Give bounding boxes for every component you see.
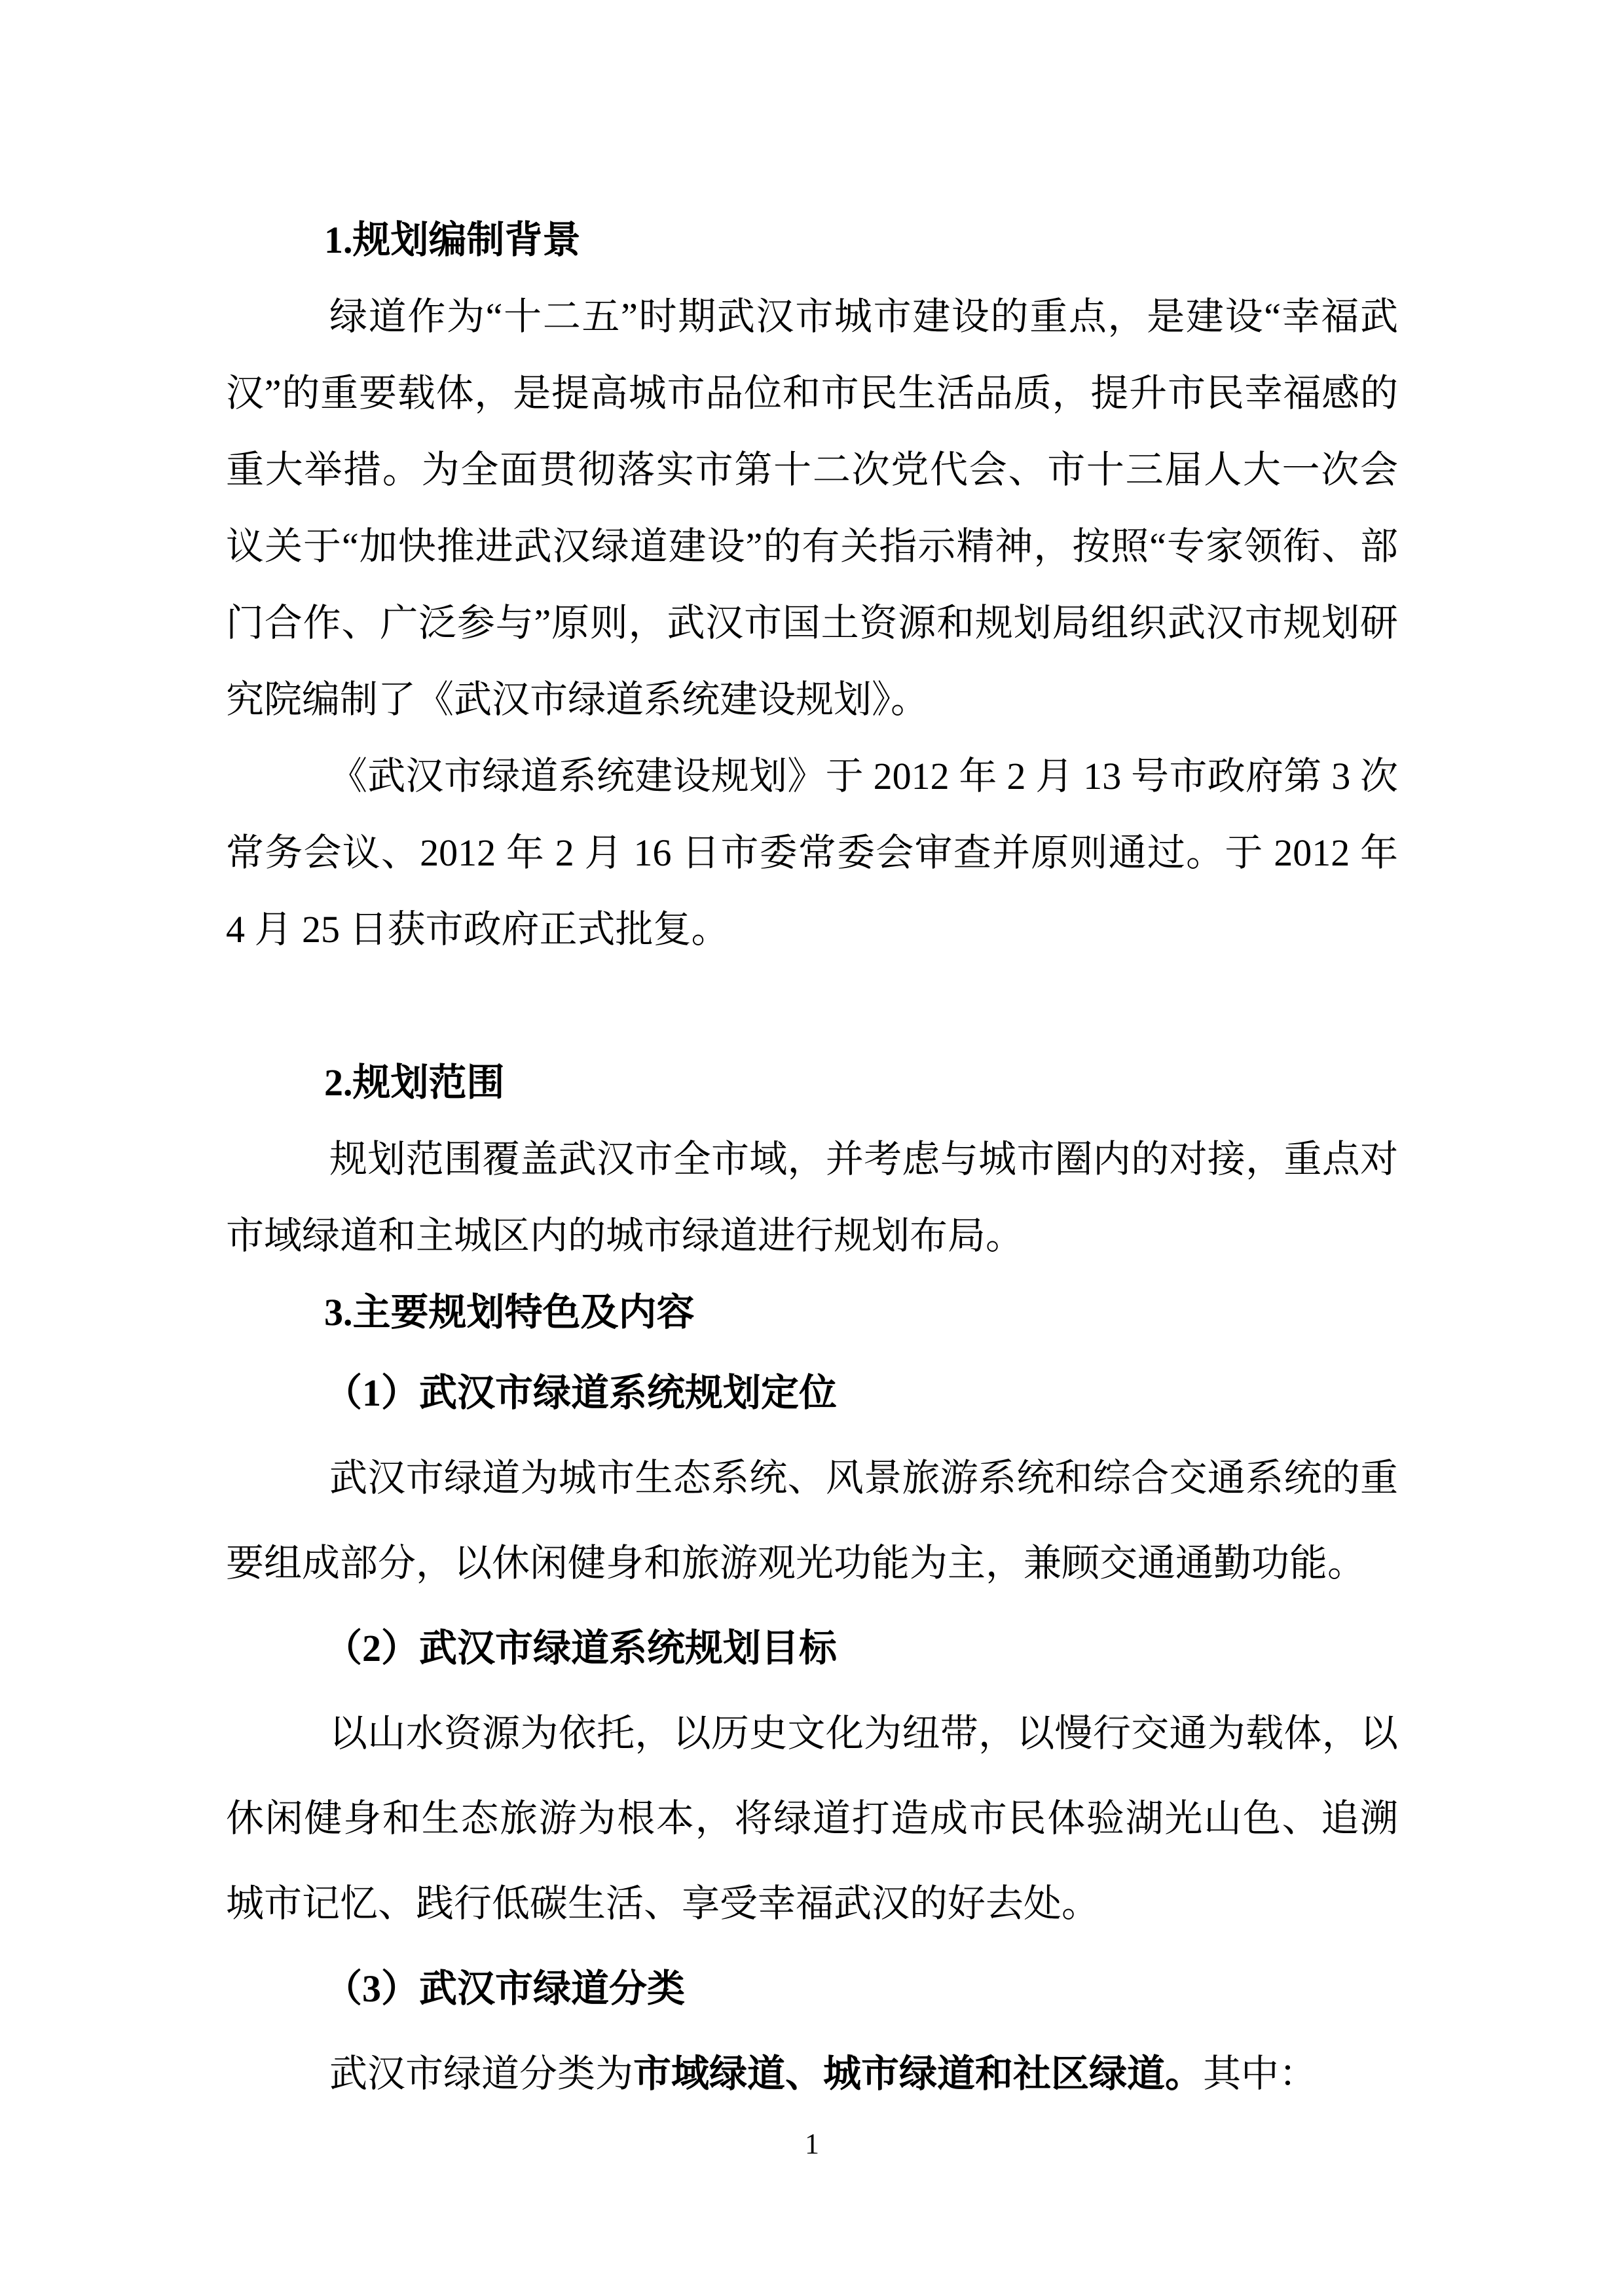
classification-text-trailing: 其中： xyxy=(1203,2052,1317,2095)
section-3-paragraph-1: 武汉市绿道为城市生态系统、风景旅游系统和综合交通系统的重要组成部分，以休闲健身和… xyxy=(226,1436,1398,1606)
section-3-subheading-3: （3）武汉市绿道分类 xyxy=(226,1946,1398,2032)
section-3-paragraph-3: 武汉市绿道分类为市域绿道、城市绿道和社区绿道。其中： xyxy=(226,2032,1398,2117)
section-3-paragraph-2: 以山水资源为依托，以历史文化为纽带，以慢行交通为载体，以休闲健身和生态旅游为根本… xyxy=(226,1691,1398,1946)
section-3-subheading-1: （1）武汉市绿道系统规划定位 xyxy=(226,1351,1398,1436)
classification-text-bold: 市域绿道、城市绿道和社区绿道。 xyxy=(633,2052,1203,2095)
section-1-paragraph-1: 绿道作为“十二五”时期武汉市城市建设的重点，是建设“幸福武汉”的重要载体，是提高… xyxy=(226,278,1398,738)
section-1-paragraph-2: 《武汉市绿道系统建设规划》于 2012 年 2 月 13 号市政府第 3 次常务… xyxy=(226,738,1398,968)
section-1-heading: 1.规划编制背景 xyxy=(226,202,1398,278)
page-number: 1 xyxy=(0,2128,1624,2160)
classification-text-regular: 武汉市绿道分类为 xyxy=(329,2052,633,2095)
document-body: 1.规划编制背景 绿道作为“十二五”时期武汉市城市建设的重点，是建设“幸福武汉”… xyxy=(226,0,1398,2117)
document-page: 1.规划编制背景 绿道作为“十二五”时期武汉市城市建设的重点，是建设“幸福武汉”… xyxy=(0,0,1624,2296)
section-2-heading: 2.规划范围 xyxy=(226,1044,1398,1121)
section-3-heading: 3.主要规划特色及内容 xyxy=(226,1274,1398,1351)
section-2-paragraph: 规划范围覆盖武汉市全市域，并考虑与城市圈内的对接，重点对市域绿道和主城区内的城市… xyxy=(226,1121,1398,1274)
section-3-subheading-2: （2）武汉市绿道系统规划目标 xyxy=(226,1606,1398,1691)
